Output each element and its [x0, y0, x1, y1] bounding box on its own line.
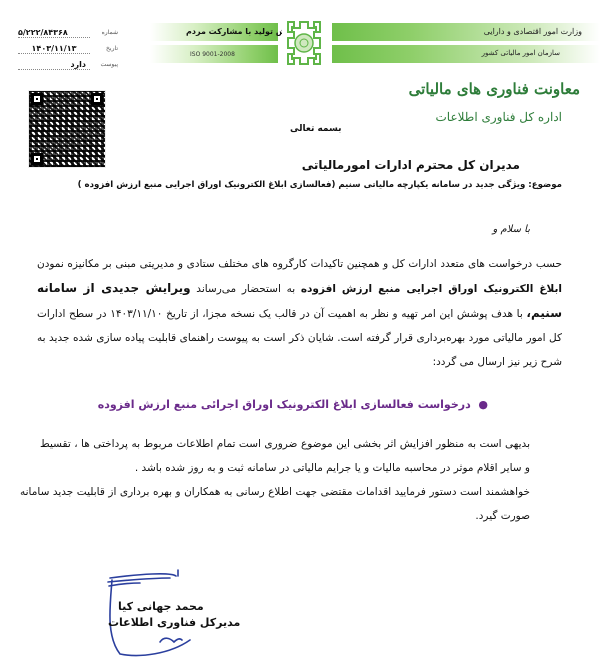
date-value: ۱۴۰۳/۱۱/۱۳ [18, 44, 90, 54]
number-value: ۵/۲۲۲/۸۴۳۶۸ [18, 28, 90, 38]
bullet-text: درخواست فعالسازی ابلاغ الکترونیک اوراق ا… [98, 398, 471, 411]
bullet-item: ● درخواست فعالسازی ابلاغ الکترونیک اوراق… [98, 398, 488, 411]
signatory-title: مدیرکل فناوری اطلاعات [108, 616, 240, 629]
iso-text: ISO 9001-2008 [190, 51, 235, 58]
para1-bold1: ابلاغ الکترونیک اوراق اجرایی منبع ارزش ا… [301, 283, 562, 295]
letter-number: شماره ۵/۲۲۲/۸۴۳۶۸ [18, 28, 118, 44]
para1-text1: حسب درخواست های متعدد ادارات کل و همچنین… [37, 258, 562, 270]
date-label: تاریخ [106, 45, 118, 52]
subject: موضوع: ویژگی جدید در سامانه یکپارچه مالی… [22, 180, 562, 190]
recipient: مدیران کل محترم ادارات امورمالیاتی [302, 158, 520, 172]
deputy-name: معاونت فناوری های مالیاتی [409, 80, 580, 98]
ministry-name: وزارت امور اقتصادی و دارایی [484, 27, 582, 36]
para1-text2: به استحضار می‌رساند [191, 283, 301, 295]
paragraph-second: بدیهی است به منظور افزایش اثر بخشی این م… [40, 432, 530, 480]
qr-code-icon[interactable] [28, 90, 106, 168]
organization-name: سازمان امور مالیاتی کشور [482, 49, 560, 57]
attachment-value: دارد [18, 60, 90, 70]
bullet-dot-icon: ● [471, 398, 488, 411]
department-name: اداره کل فناوری اطلاعات [436, 110, 563, 124]
greeting: با سلام و [492, 224, 530, 235]
paragraph-closing: خواهشمند است دستور فرمایید اقدامات مقتضی… [20, 480, 530, 528]
signature-scribble-icon [100, 566, 250, 661]
signatory-name: محمد جهانی کیا [118, 600, 204, 613]
number-label: شماره [102, 29, 118, 36]
paragraph-main: حسب درخواست های متعدد ادارات کل و همچنین… [37, 252, 562, 374]
attachment-label: پیوست [101, 61, 119, 68]
tax-organization-logo-icon [282, 18, 326, 68]
letter-attachment: پیوست دارد [18, 60, 118, 76]
letter-date: تاریخ ۱۴۰۳/۱۱/۱۳ [18, 44, 118, 60]
para1-text3: با هدف پوشش این امر تهیه و نظر به اهمیت … [37, 308, 562, 368]
invocation: بسمه تعالی [290, 124, 342, 134]
